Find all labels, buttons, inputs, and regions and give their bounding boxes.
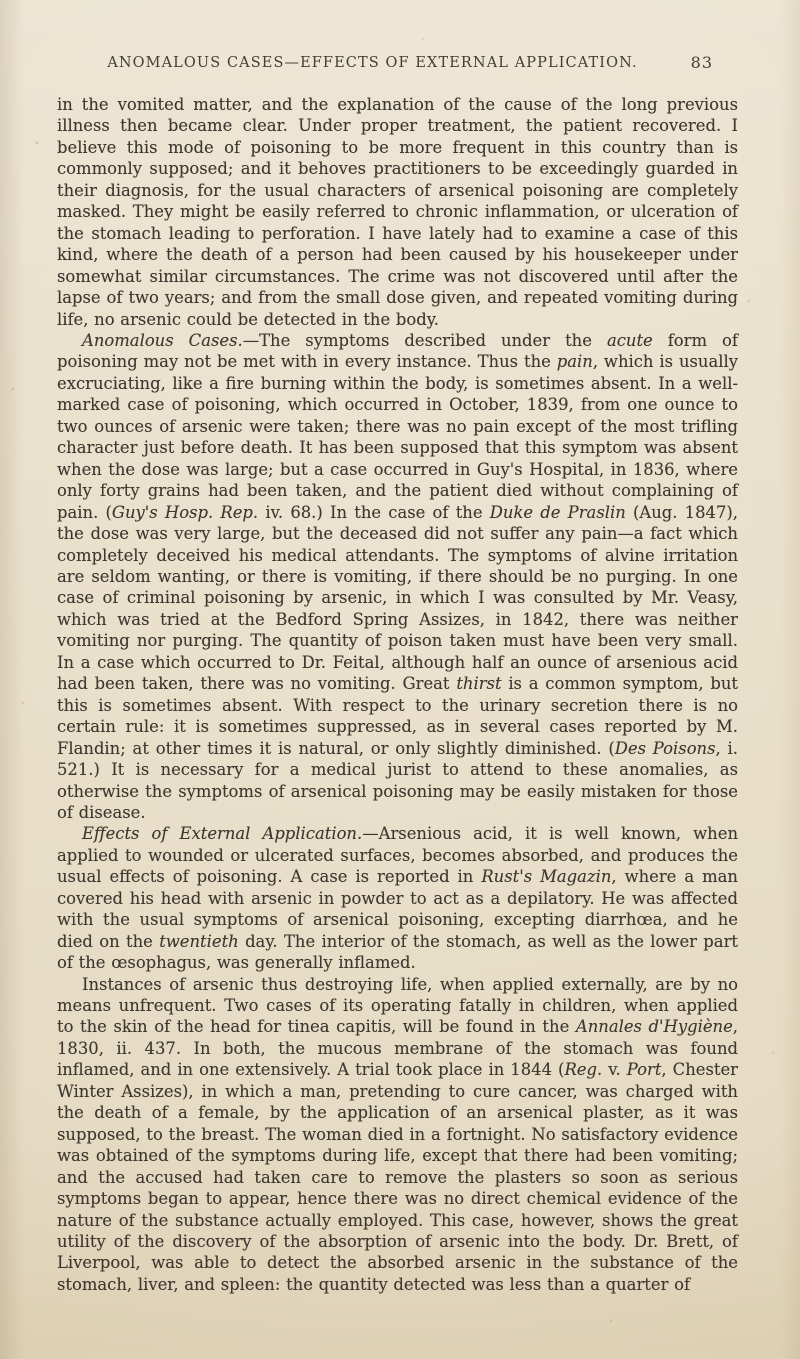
page-text: in the vomited matter, and the explanati…	[57, 94, 738, 1295]
italic-text-run: Anomalous Cases.	[82, 331, 243, 350]
italic-text-run: Port	[627, 1060, 662, 1079]
paragraph: in the vomited matter, and the explanati…	[57, 94, 738, 330]
paragraph: Anomalous Cases.—The symptoms described …	[57, 330, 738, 823]
text-run: , which is usually excruciating, like a …	[57, 352, 738, 521]
italic-text-run: acute	[607, 331, 653, 350]
italic-text-run: thirst	[456, 674, 501, 693]
text-run: iv. 68.) In the case of the	[258, 503, 490, 522]
text-run: , Chester Winter Assizes), in which a ma…	[57, 1060, 738, 1294]
italic-text-run: Reg.	[564, 1060, 602, 1079]
text-run: —The symptoms described under the	[243, 331, 607, 350]
italic-text-run: Guy's Hosp. Rep.	[112, 503, 258, 522]
book-page: ANOMALOUS CASES—EFFECTS OF EXTERNAL APPL…	[0, 0, 800, 1359]
italic-text-run: Duke de Praslin	[490, 503, 626, 522]
italic-text-run: Des Poisons	[615, 739, 716, 758]
text-run: in the vomited matter, and the explanati…	[57, 95, 738, 329]
text-run: (Aug. 1847), the dose was very large, bu…	[57, 503, 738, 694]
italic-text-run: twentieth	[159, 932, 239, 951]
italic-text-run: Rust's Magazin	[481, 867, 611, 886]
paper-specks	[0, 0, 2, 2]
italic-text-run: pain	[557, 352, 593, 371]
running-head-title: ANOMALOUS CASES—EFFECTS OF EXTERNAL APPL…	[57, 55, 738, 71]
paragraph: Instances of arsenic thus destroying lif…	[57, 974, 738, 1296]
paragraph: Effects of External Application.—Arsenio…	[57, 823, 738, 973]
page-number: 83	[691, 53, 713, 72]
italic-text-run: Effects of External Application.	[82, 824, 362, 843]
page-header: ANOMALOUS CASES—EFFECTS OF EXTERNAL APPL…	[57, 55, 738, 77]
italic-text-run: Annales d'Hygiène	[576, 1017, 733, 1036]
text-run: v.	[602, 1060, 627, 1079]
